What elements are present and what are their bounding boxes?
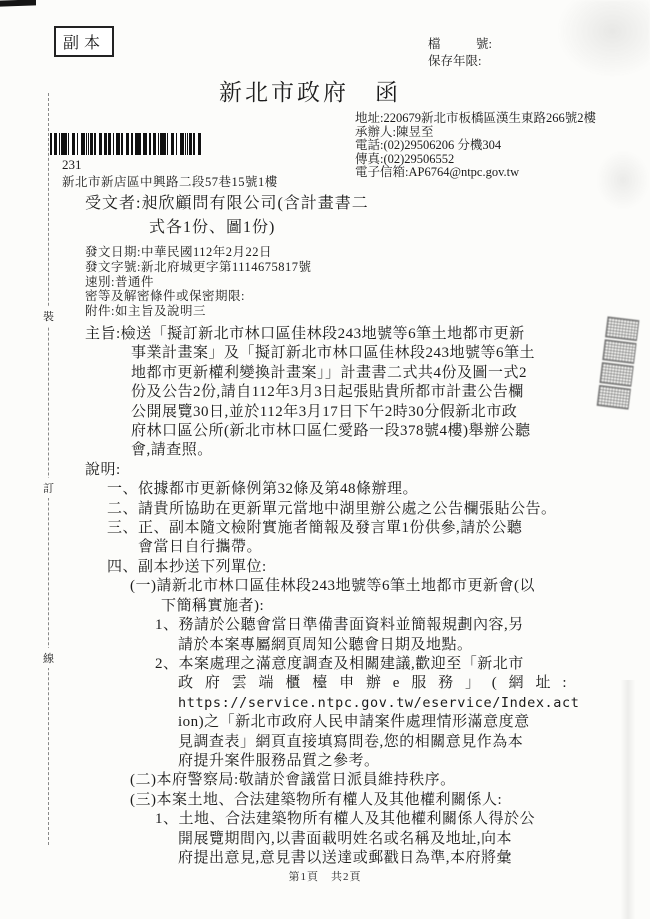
issue-number: 發文字號:新北府城更字第1114675817號 xyxy=(85,260,312,275)
retention-period-label: 保存年限: xyxy=(428,53,508,70)
file-number-label-left: 檔 xyxy=(428,36,441,53)
file-number-row: 檔 號: xyxy=(428,36,492,53)
binding-dashed-line xyxy=(48,93,49,845)
body-line: 一、依據都市更新條例第32條及第48條辦理。 xyxy=(107,480,567,499)
page-number-footer: 第1頁 共2頁 xyxy=(0,868,650,884)
body-line: 二、請貴所協助在更新單元當地中湖里辦公處之公告欄張貼公告。 xyxy=(107,500,567,519)
body-line: 會,請查照。 xyxy=(131,441,567,460)
body-line: 2、本案處理之滿意度調查及相關建議,歡迎至「新北市 xyxy=(155,655,567,674)
body-line: 地都市更新權利變換計畫案」」計畫書二式共4份及圖一式2 xyxy=(131,364,567,383)
body-line: 開展覽期間內,以書面載明姓名或名稱及地址,向本 xyxy=(178,830,567,849)
body-line: (一)請新北市林口區佳林段243地號等6筆土地都市更新會(以 xyxy=(130,577,567,596)
recipient-zipcode: 231 xyxy=(62,157,82,173)
body-line: 四、副本抄送下列單位: xyxy=(107,558,567,577)
body-line: 府提升案件服務品質之參考。 xyxy=(178,752,567,771)
file-number-label-right: 號: xyxy=(476,36,492,53)
issue-date: 發文日期:中華民國112年2月22日 xyxy=(85,245,312,260)
body-line: 請於本案專屬網頁周知公聽會日期及地點。 xyxy=(178,636,567,655)
body-line: 主旨:檢送「擬訂新北市林口區佳林段243地號等6筆土地都市更新 xyxy=(85,325,567,344)
receipt-stamp xyxy=(595,314,640,411)
binding-mark-zhuang: 裝 xyxy=(41,306,56,326)
body-line: https://service.ntpc.gov.tw/eservice/Ind… xyxy=(178,694,567,713)
recipient-address: 新北市新店區中興路二段57巷15號1樓 xyxy=(62,172,278,190)
body-line: (三)本案土地、合法建築物所有權人及其他權利關係人: xyxy=(130,791,567,810)
scan-noise-right xyxy=(596,150,650,210)
phone-number: 電話:(02)29506206 分機304 xyxy=(355,139,596,153)
sender-contact-block: 地址:220679新北市板橋區漢生東路266號2樓 承辦人:陳昱至 電話:(02… xyxy=(355,112,596,180)
email-address: 電子信箱:AP6764@ntpc.gov.tw xyxy=(355,166,596,180)
recipient-line-2: 式各1份、圖1份) xyxy=(149,216,369,240)
letter-body: 主旨:檢送「擬訂新北市林口區佳林段243地號等6筆土地都市更新 事業計畫案」及「… xyxy=(85,325,567,868)
scanned-letter-page: 副本 檔 號: 保存年限: 新北市政府 函 地址:220679新北市板橋區漢生東… xyxy=(0,0,650,919)
binding-mark-ding: 訂 xyxy=(41,478,56,498)
document-meta-block: 發文日期:中華民國112年2月22日 發文字號:新北府城更字第111467581… xyxy=(85,245,312,319)
recipient-block: 受文者:昶欣顧問有限公司(含計畫書二 式各1份、圖1份) xyxy=(85,192,369,240)
speed-class: 速別:普通件 xyxy=(85,275,312,290)
attachment-note: 附件:如主旨及說明三 xyxy=(85,304,312,319)
body-line: ion)之「新北市政府人民申請案件處理情形滿意度意 xyxy=(178,713,567,732)
scan-artifact-corner xyxy=(0,0,36,7)
document-title: 新北市政府 函 xyxy=(0,74,620,107)
body-line: 府提出意見,意見書以送達或郵戳日為準,本府將彙 xyxy=(178,849,567,868)
file-reference-block: 檔 號: 保存年限: xyxy=(428,36,508,70)
body-line: 政府雲端櫃檯申辦e服務」(網址: xyxy=(178,674,567,693)
body-line: 公開展覽30日,並於112年3月17日下午2時30分假新北市政 xyxy=(131,403,567,422)
receipt-stamp-glyph xyxy=(605,316,639,341)
body-line: 見調查表」網頁直接填寫問卷,您的相關意見作為本 xyxy=(178,733,567,752)
mail-barcode xyxy=(50,133,202,155)
body-line: 說明: xyxy=(85,461,567,480)
body-line: 事業計畫案」及「擬訂新北市林口區佳林段243地號等6筆土 xyxy=(131,344,567,363)
body-line: 1、務請於公聽會當日準備書面資料並簡報規劃內容,另 xyxy=(155,616,567,635)
body-line: 三、正、副本隨文檢附實施者簡報及發言單1份供參,請於公聽 xyxy=(107,519,567,538)
body-line: 會當日自行攜帶。 xyxy=(138,538,567,557)
binding-mark-xian: 線 xyxy=(41,648,56,668)
receipt-stamp-glyph xyxy=(599,362,633,387)
body-line: 份及公告2份,請自112年3月3日起張貼貴所都市計畫公告欄 xyxy=(131,383,567,402)
receipt-stamp-glyph xyxy=(597,385,631,410)
copy-stamp-label: 副本 xyxy=(54,26,114,57)
body-line: 1、土地、合法建築物所有權人及其他權利關係人得於公 xyxy=(155,810,567,829)
body-line: 府林口區公所(新北市林口區仁愛路一段378號4樓)舉辦公聽 xyxy=(131,422,567,441)
sender-address: 地址:220679新北市板橋區漢生東路266號2樓 xyxy=(355,112,596,126)
scan-noise-top-right xyxy=(556,0,650,78)
body-line: (二)本府警察局:敬請於會議當日派員維持秩序。 xyxy=(130,771,567,790)
body-line: 下簡稱實施者): xyxy=(161,597,567,616)
receipt-stamp-glyph xyxy=(602,339,636,364)
security-class: 密等及解密條件或保密期限: xyxy=(85,289,312,304)
recipient-line-1: 受文者:昶欣顧問有限公司(含計畫書二 xyxy=(85,192,369,216)
